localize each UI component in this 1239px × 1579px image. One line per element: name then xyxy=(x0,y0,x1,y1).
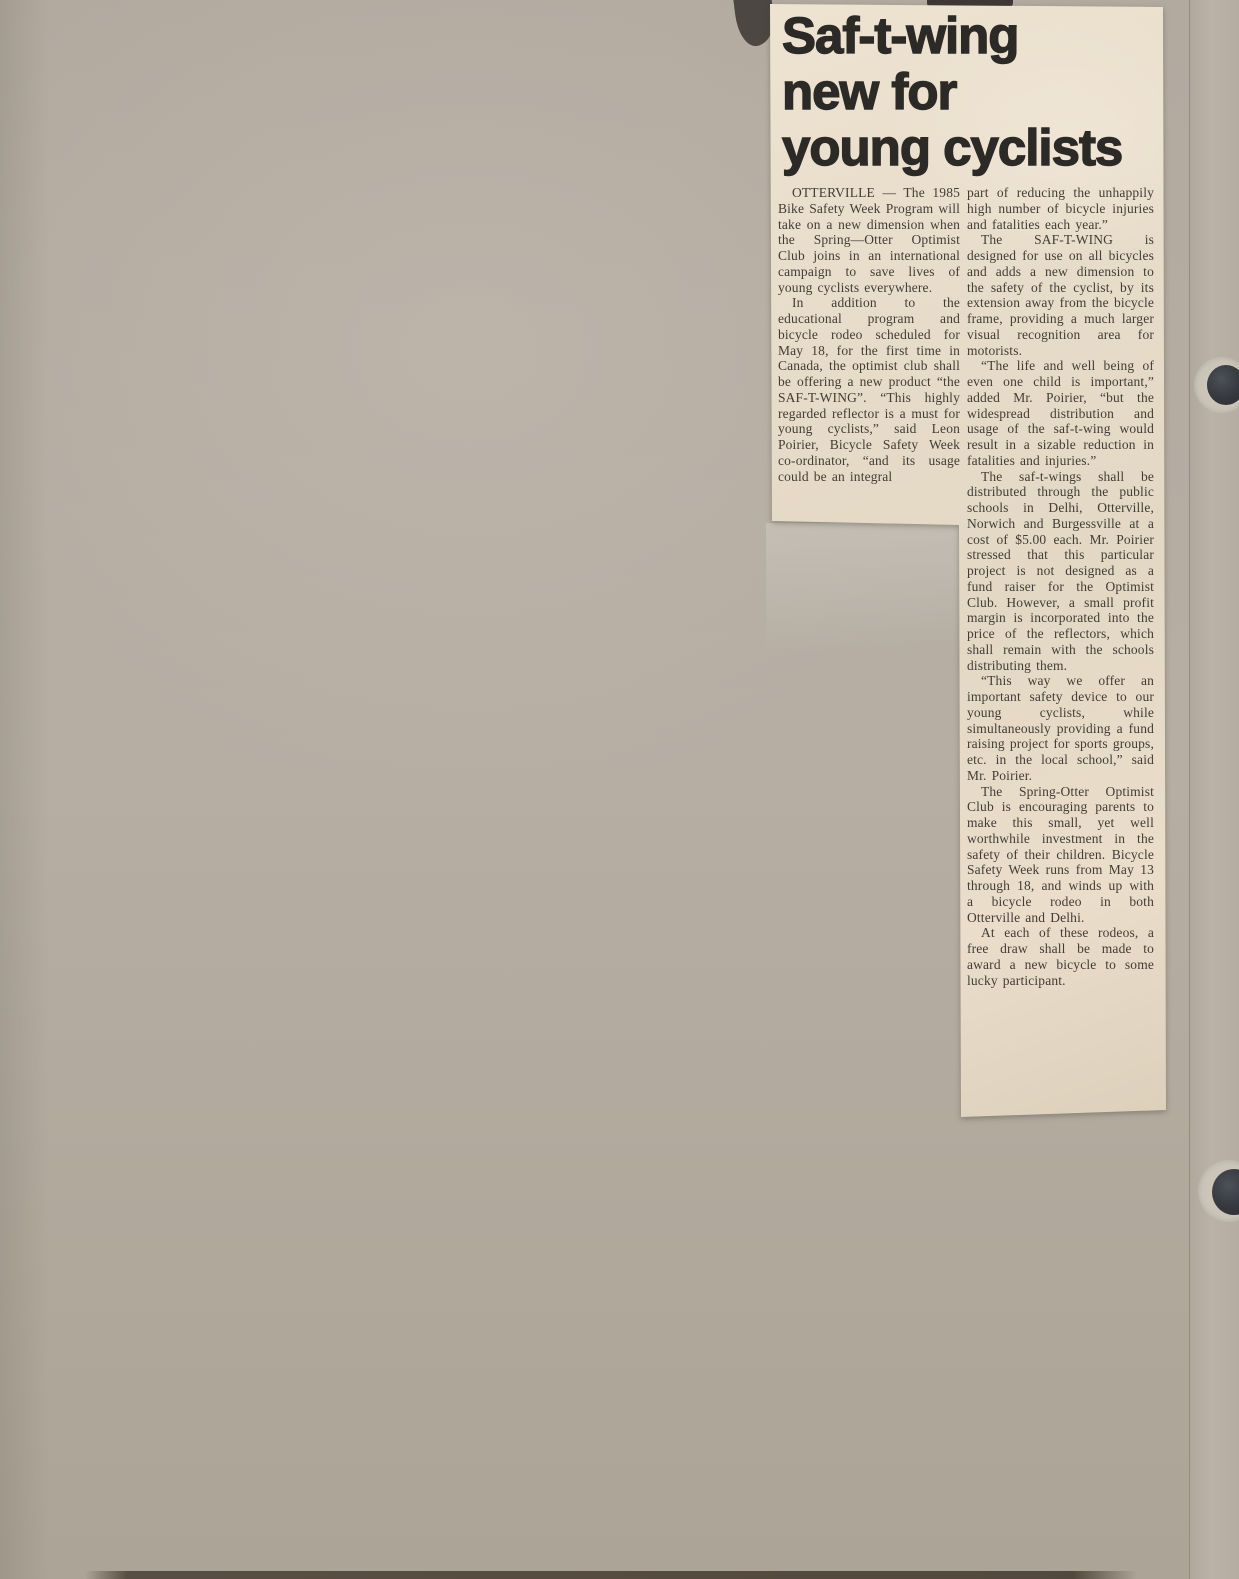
paragraph: The Spring-Otter Optimist Club is encour… xyxy=(967,784,1154,926)
paragraph: The saf-t-wings shall be distributed thr… xyxy=(967,469,1154,674)
paragraph: The SAF-T-WING is designed for use on al… xyxy=(967,232,1154,358)
paragraph: “This way we offer an important safety d… xyxy=(967,673,1154,783)
paragraph-continuation: part of reducing the unhappily high numb… xyxy=(967,185,1154,232)
page-binding-strip xyxy=(1189,0,1239,1579)
hole-punch-opening xyxy=(1212,1169,1239,1215)
hole-punch-opening xyxy=(1207,365,1239,405)
paragraph: At each of these rodeos, a free draw sha… xyxy=(967,925,1154,988)
page-bottom-shadow xyxy=(85,1571,1137,1579)
headline-line-2: new for xyxy=(782,64,1158,120)
article-column-2: part of reducing the unhappily high numb… xyxy=(967,185,1154,988)
paragraph-lede: OTTERVILLE — The 1985 Bike Safety Week P… xyxy=(778,185,960,295)
headline-line-1: Saf-t-wing xyxy=(782,8,1158,64)
clipping-paper: Saf-t-wing new for young cyclists OTTERV… xyxy=(770,4,1166,1117)
newspaper-clipping: Saf-t-wing new for young cyclists OTTERV… xyxy=(770,4,1166,1117)
article-column-1: OTTERVILLE — The 1985 Bike Safety Week P… xyxy=(778,185,960,484)
paragraph: In addition to the educational program a… xyxy=(778,295,960,484)
article-headline: Saf-t-wing new for young cyclists xyxy=(782,8,1158,176)
headline-line-3: young cyclists xyxy=(782,120,1158,176)
scrapbook-page: Saf-t-wing new for young cyclists OTTERV… xyxy=(0,0,1239,1579)
paragraph: “The life and well being of even one chi… xyxy=(967,358,1154,468)
